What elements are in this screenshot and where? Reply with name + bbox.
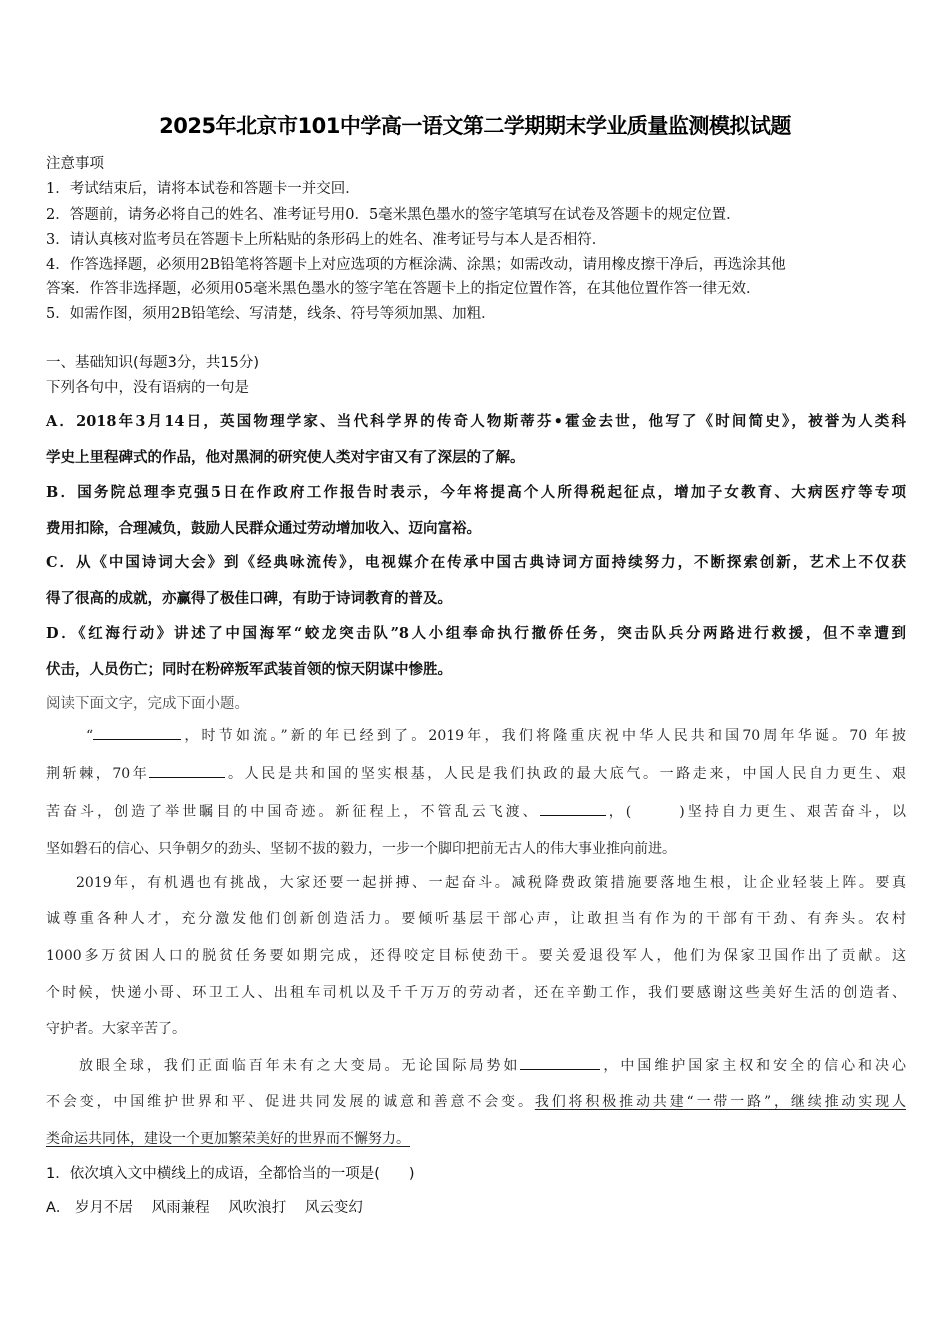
option-label: C． [46,554,76,571]
passage-line: 坚如磐石的信心、只争朝夕的劲头、坚韧不拔的毅力，一步一个脚印把前无古人的伟大事业… [46,838,676,858]
option-label: A． [46,1200,70,1216]
reading-instruction: 阅读下面文字，完成下面小题。 [46,692,249,713]
option-c-continuation: 得了很高的成就，亦赢得了极佳口碑，有助于诗词教育的普及。 [46,587,452,608]
option-b-continuation: 费用扣除，合理减负，鼓励人民群众通过劳动增加收入、迈向富裕。 [46,517,481,538]
option-text: 国务院总理李克强5日在作政府工作报告时表示，今年将提高个人所得税起征点，增加子女… [77,484,906,501]
notice-item: 答案．作答非选择题，必须用05毫米黑色墨水的签字笔在答题卡上的指定位置作答，在其… [46,277,760,298]
notice-item: 4．作答选择题，必须用2B铅笔将答题卡上对应选项的方框涂满、涂黑；如需改动，请用… [46,253,786,274]
underlined-sentence: 我们将积极推动共建“一带一路”，继续推动实现人 [535,1094,906,1110]
passage-line: 2019年，有机遇也有挑战，大家还要一起拼搏、一起奋斗。减税降费政策措施要落地生… [46,872,906,892]
question-stem: 下列各句中，没有语病的一句是 [46,376,249,397]
fill-blank [520,1056,600,1070]
option-label: D． [46,625,78,642]
notice-item: 1．考试结束后，请将本试卷和答题卡一并交回． [46,177,360,198]
option-text: 从《中国诗词大会》到《经典咏流传》，电视媒介在传承中国古典诗词方面持续努力，不断… [76,554,906,571]
option-text: 2018年3月14日，英国物理学家、当代科学界的传奇人物斯蒂芬•霍金去世，他写了… [76,413,906,430]
passage-line: 类命运共同体，建设一个更加繁荣美好的世界而不懈努力。 [46,1128,410,1148]
exam-page: 2025年北京市101中学高一语文第二学期期末学业质量监测模拟试题 注意事项 1… [0,0,950,1344]
notice-item: 5．如需作图，须用2B铅笔绘、写清楚，线条、符号等须加黑、加粗． [46,302,496,323]
notice-item: 3．请认真核对监考员在答题卡上所粘贴的条形码上的姓名、准考证号与本人是否相符． [46,228,606,249]
underlined-sentence: 类命运共同体，建设一个更加繁荣美好的世界而不懈努力。 [46,1131,410,1147]
passage-line: 不会变，中国维护世界和平、促进共同发展的诚意和善意不会变。我们将积极推动共建“一… [46,1091,906,1111]
option-b: B．国务院总理李克强5日在作政府工作报告时表示，今年将提高个人所得税起征点，增加… [46,481,906,502]
fill-blank [149,764,225,778]
fill-blank [540,802,606,816]
option-label: A． [46,413,76,430]
passage-line: 苦奋斗，创造了举世瞩目的中国奇迹。新征程上，不管乱云飞渡、，()坚持自力更生、艰… [46,801,906,821]
page-title: 2025年北京市101中学高一语文第二学期期末学业质量监测模拟试题 [0,110,950,140]
option-a: A．2018年3月14日，英国物理学家、当代科学界的传奇人物斯蒂芬•霍金去世，他… [46,410,906,431]
passage-line: 守护者。大家辛苦了。 [46,1018,186,1038]
option-c: C．从《中国诗词大会》到《经典咏流传》，电视媒介在传承中国古典诗词方面持续努力，… [46,551,906,572]
passage-line: 诚尊重各种人才，充分激发他们创新创造活力。要倾听基层干部心声，让敢担当有作为的干… [46,908,906,928]
passage-line: 个时候，快递小哥、环卫工人、出租车司机以及千千万万的劳动者，还在辛勤工作，我们要… [46,982,906,1002]
option-a-continuation: 学史上里程碑式的作品，他对黑洞的研究使人类对宇宙又有了深层的了解。 [46,446,525,467]
option-text: 《红海行动》讲述了中国海军“蛟龙突击队”8人小组奉命执行撤侨任务，突击队兵分两路… [78,625,906,642]
section-heading: 一、基础知识(每题3分，共15分) [46,351,259,372]
passage-line: 1000多万贫困人口的脱贫任务要如期完成，还得咬定目标使劲干。要关爱退役军人，他… [46,945,906,965]
question-1-stem: 1．依次填入文中横线上的成语，全都恰当的一项是( ) [46,1162,415,1183]
passage-line: “，时节如流。”新的年已经到了。2019年，我们将隆重庆祝中华人民共和国70周年… [46,725,906,745]
option-d-continuation: 伏击，人员伤亡；同时在粉碎叛军武装首领的惊天阴谋中惨胜。 [46,658,452,679]
passage-line: 放眼全球，我们正面临百年未有之大变局。无论国际局势如，中国维护国家主权和安全的信… [46,1055,906,1075]
fill-blank [93,726,181,740]
passage-line: 荆斩棘，70年。人民是共和国的坚实根基，人民是我们执政的最大底气。一路走来，中国… [46,763,906,783]
notice-item: 2．答题前，请务必将自己的姓名、准考证号用0．5毫米黑色墨水的签字笔填写在试卷及… [46,203,741,224]
notice-heading: 注意事项 [46,152,104,173]
option-d: D．《红海行动》讲述了中国海军“蛟龙突击队”8人小组奉命执行撤侨任务，突击队兵分… [46,622,906,643]
option-label: B． [46,484,77,501]
question-1-option-a: A． 岁月不居 风雨兼程 风吹浪打 风云变幻 [46,1196,363,1217]
